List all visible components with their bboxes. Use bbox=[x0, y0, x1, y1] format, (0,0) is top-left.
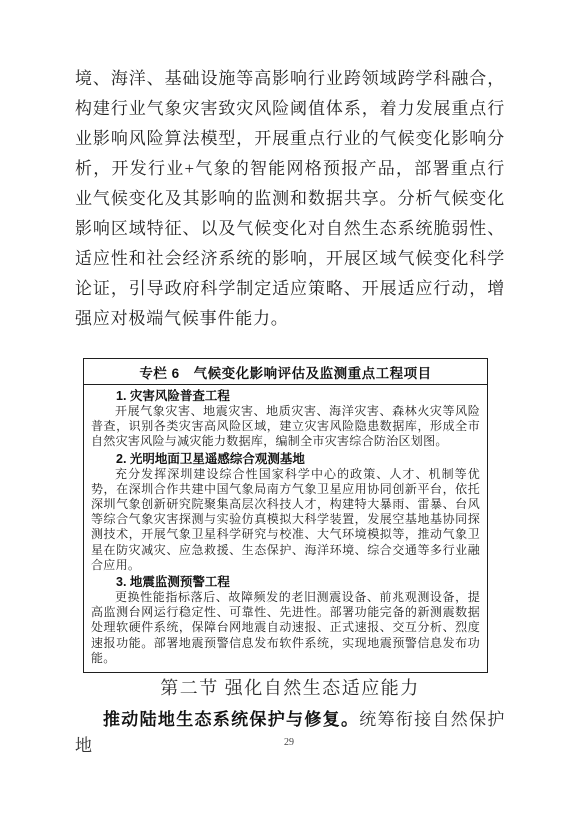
box-item: 3. 地震监测预警工程 更换性能指标落后、故障频发的老旧测震设备、前兆观测设备，… bbox=[91, 574, 480, 666]
box-item-heading: 2. 光明地面卫星遥感综合观测基地 bbox=[91, 451, 480, 467]
box-item-heading: 1. 灾害风险普查工程 bbox=[91, 388, 480, 404]
section-heading: 第二节 强化自然生态适应能力 bbox=[75, 674, 505, 700]
feature-box-content: 1. 灾害风险普查工程 开展气象灾害、地震灾害、地质灾害、海洋灾害、森林火灾等风… bbox=[84, 385, 487, 672]
lead-paragraph: 推动陆地生态系统保护与修复。统筹衔接自然保护地 bbox=[75, 707, 505, 759]
box-item: 2. 光明地面卫星遥感综合观测基地 充分发挥深圳建设综合性国家科学中心的政策、人… bbox=[91, 451, 480, 573]
box-item: 1. 灾害风险普查工程 开展气象灾害、地震灾害、地质灾害、海洋灾害、森林火灾等风… bbox=[91, 388, 480, 450]
box-item-body: 开展气象灾害、地震灾害、地质灾害、海洋灾害、森林火灾等风险普查，识别各类灾害高风… bbox=[91, 404, 480, 450]
feature-box: 专栏 6 气候变化影响评估及监测重点工程项目 1. 灾害风险普查工程 开展气象灾… bbox=[83, 358, 488, 673]
document-page: 境、海洋、基础设施等高影响行业跨领域跨学科融合，构建行业气象灾害致灾风险阈值体系… bbox=[0, 0, 578, 818]
feature-box-title: 专栏 6 气候变化影响评估及监测重点工程项目 bbox=[84, 359, 487, 385]
lead-bold-text: 推动陆地生态系统保护与修复。 bbox=[103, 710, 359, 729]
body-paragraph: 境、海洋、基础设施等高影响行业跨领域跨学科融合，构建行业气象灾害致灾风险阈值体系… bbox=[75, 64, 505, 334]
page-number: 29 bbox=[0, 737, 578, 748]
box-item-body: 更换性能指标落后、故障频发的老旧测震设备、前兆观测设备，提高监测台网运行稳定性、… bbox=[91, 590, 480, 666]
box-item-body: 充分发挥深圳建设综合性国家科学中心的政策、人才、机制等优势，在深圳合作共建中国气… bbox=[91, 467, 480, 573]
box-item-heading: 3. 地震监测预警工程 bbox=[91, 574, 480, 590]
